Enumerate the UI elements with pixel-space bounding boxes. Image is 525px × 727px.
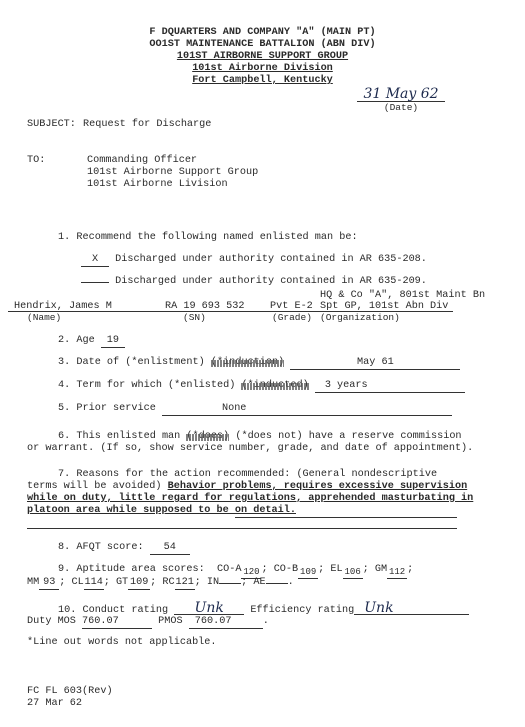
score-rc-value: 121 [175, 578, 195, 590]
age-label: Age [76, 335, 94, 346]
prior-service-value: None [162, 404, 452, 416]
to-label: TO: [27, 156, 45, 166]
subject-label: SUBJECT: [27, 120, 76, 130]
item-4-number: 4. [58, 380, 70, 391]
subject-value: Request for Discharge [83, 120, 211, 130]
item-10-number: 10. [58, 605, 76, 616]
item-5: 5. Prior service None [58, 404, 452, 416]
letterhead-line-3: 101ST AIRBORNE SUPPORT GROUP [0, 52, 525, 62]
enlistment-date-value: May 61 [290, 358, 460, 370]
date-value: 31 May 62 [357, 88, 445, 102]
reason-line-1: Behavior problems, requires excessive su… [168, 481, 468, 492]
item-2: 2. Age 19 [58, 336, 125, 348]
duty-mos-label: Duty MOS [27, 616, 76, 627]
letterhead-line-2: OO1ST MAINTENANCE BATTALION (ABN DIV) [0, 40, 525, 50]
reason-line-3-fill [235, 517, 457, 518]
item-3: 3. Date of (*enlistment) (*induction) Ma… [58, 358, 460, 370]
name-value: Hendrix, James M [14, 302, 112, 312]
score-cl-label: CL [71, 577, 83, 588]
option-2-text: Discharged under authority contained in … [115, 276, 427, 287]
item-7-line-2: terms will be avoided) Behavior problems… [27, 482, 467, 492]
footnote: *Line out words not applicable. [27, 638, 217, 648]
score-in-value [219, 582, 241, 584]
term-label: Term for which (*enlisted) [76, 380, 235, 391]
aptitude-label: Aptitude area scores: [76, 564, 204, 575]
score-mm-label: MM [27, 577, 39, 588]
score-gt-label: GT [116, 577, 128, 588]
age-value: 19 [101, 336, 125, 348]
score-gm-label: GM [375, 564, 387, 575]
score-rc-label: RC [162, 577, 174, 588]
item-1-text: Recommend the following named enlisted m… [76, 232, 357, 243]
sn-value: RA 19 693 532 [165, 302, 244, 312]
score-el-value: 106 [343, 567, 363, 579]
afqt-label: AFQT score: [76, 542, 143, 553]
option-1-checkmark: X [81, 255, 109, 267]
option-2-checkmark [81, 281, 109, 283]
grade-caption: (Grade) [272, 313, 312, 323]
to-line-3: 101st Airborne Livision [87, 180, 228, 190]
item-6-line-1: 6. This enlisted man (*does) (*does not)… [58, 432, 462, 442]
efficiency-rating-label: Efficiency rating [250, 605, 354, 616]
grade-value: Pvt E-2 [270, 302, 313, 312]
score-cl-value: 114 [84, 578, 104, 590]
item-5-number: 5. [58, 403, 70, 414]
struck-does: (*does) [186, 432, 229, 442]
enlistment-date-label: Date of (*enlistment) [76, 357, 204, 368]
option-1-text: Discharged under authority contained in … [115, 254, 427, 265]
item-1: 1. Recommend the following named enliste… [58, 233, 358, 243]
letterhead-line-4: 101st Airborne Division [0, 64, 525, 74]
organization-line-2: Spt GP, 101st Abn Div [320, 302, 448, 312]
item-7-number: 7. [58, 469, 70, 480]
duty-mos-value: 760.07 [82, 617, 152, 629]
item-8-number: 8. [58, 542, 70, 553]
name-caption: (Name) [27, 313, 61, 323]
form-id-line-1: FC FL 603(Rev) [27, 687, 113, 697]
item-10-line-1: 10. Conduct rating Unk Efficiency rating… [58, 603, 469, 616]
item-7-text-a: Reasons for the action recommended: (Gen… [76, 469, 437, 480]
item-10-line-2: Duty MOS 760.07 PMOS 760.07. [27, 617, 269, 629]
organization-line-1: HQ & Co "A", 801st Maint Bn [320, 291, 485, 301]
pmos-value: 760.07 [189, 617, 263, 629]
score-co-b-label: CO-B [274, 564, 298, 575]
item-3-number: 3. [58, 357, 70, 368]
item-7-line-1: 7. Reasons for the action recommended: (… [58, 470, 437, 480]
score-co-a-label: CO-A [217, 564, 241, 575]
date-caption: (Date) [357, 103, 445, 113]
to-line-2: 101st Airborne Support Group [87, 168, 258, 178]
option-ar-635-208: X Discharged under authority contained i… [81, 255, 427, 267]
item-7-text-b: terms will be avoided) [27, 481, 162, 492]
prior-service-label: Prior service [76, 403, 155, 414]
item-6-line-2: or warrant. (If so, show service number,… [27, 444, 473, 454]
efficiency-rating-value: Unk [354, 603, 469, 615]
reason-line-3: platoon area while supposed to be on det… [27, 506, 296, 516]
letterhead-line-1: F DQUARTERS AND COMPANY "A" (MAIN PT) [0, 28, 525, 38]
reason-line-2: while on duty, little regard for regulat… [27, 494, 473, 504]
item-6-text-a: This enlisted man [76, 431, 180, 442]
item-9-line-2: MM93; CL114; GT109; RC121; IN; AE. [27, 578, 294, 590]
score-mm-value: 93 [39, 578, 59, 590]
score-gm-value: 112 [387, 567, 407, 579]
pmos-label: PMOS [158, 616, 182, 627]
to-line-1: Commanding Officer [87, 156, 197, 166]
sn-caption: (SN) [183, 313, 206, 323]
item-6-text-b: (*does not) have a reserve commission [235, 431, 461, 442]
score-in-label: IN [207, 577, 219, 588]
item-4: 4. Term for which (*enlisted) (*inducted… [58, 381, 465, 393]
letterhead-line-5: Fort Campbell, Kentucky [0, 76, 525, 86]
item-6-number: 6. [58, 431, 70, 442]
score-ae-label: AE [253, 577, 265, 588]
afqt-value: 54 [150, 543, 190, 555]
organization-caption: (Organization) [320, 313, 400, 323]
reason-blank-line [27, 528, 457, 529]
item-2-number: 2. [58, 335, 70, 346]
item-1-number: 1. [58, 232, 70, 243]
score-co-b-value: 109 [298, 567, 318, 579]
score-ae-value [266, 582, 288, 584]
conduct-rating-label: Conduct rating [82, 605, 168, 616]
term-value: 3 years [315, 381, 465, 393]
form-id-line-2: 27 Mar 62 [27, 699, 82, 709]
option-ar-635-209: Discharged under authority contained in … [81, 277, 427, 287]
date-field: 31 May 62 (Date) [357, 88, 445, 113]
item-9-number: 9. [58, 564, 70, 575]
struck-inducted: (*inducted) [241, 381, 308, 391]
struck-induction: (*induction) [211, 358, 284, 368]
score-gt-value: 109 [128, 578, 150, 590]
score-el-label: EL [330, 564, 342, 575]
conduct-rating-value: Unk [174, 603, 244, 615]
item-8: 8. AFQT score: 54 [58, 543, 190, 555]
